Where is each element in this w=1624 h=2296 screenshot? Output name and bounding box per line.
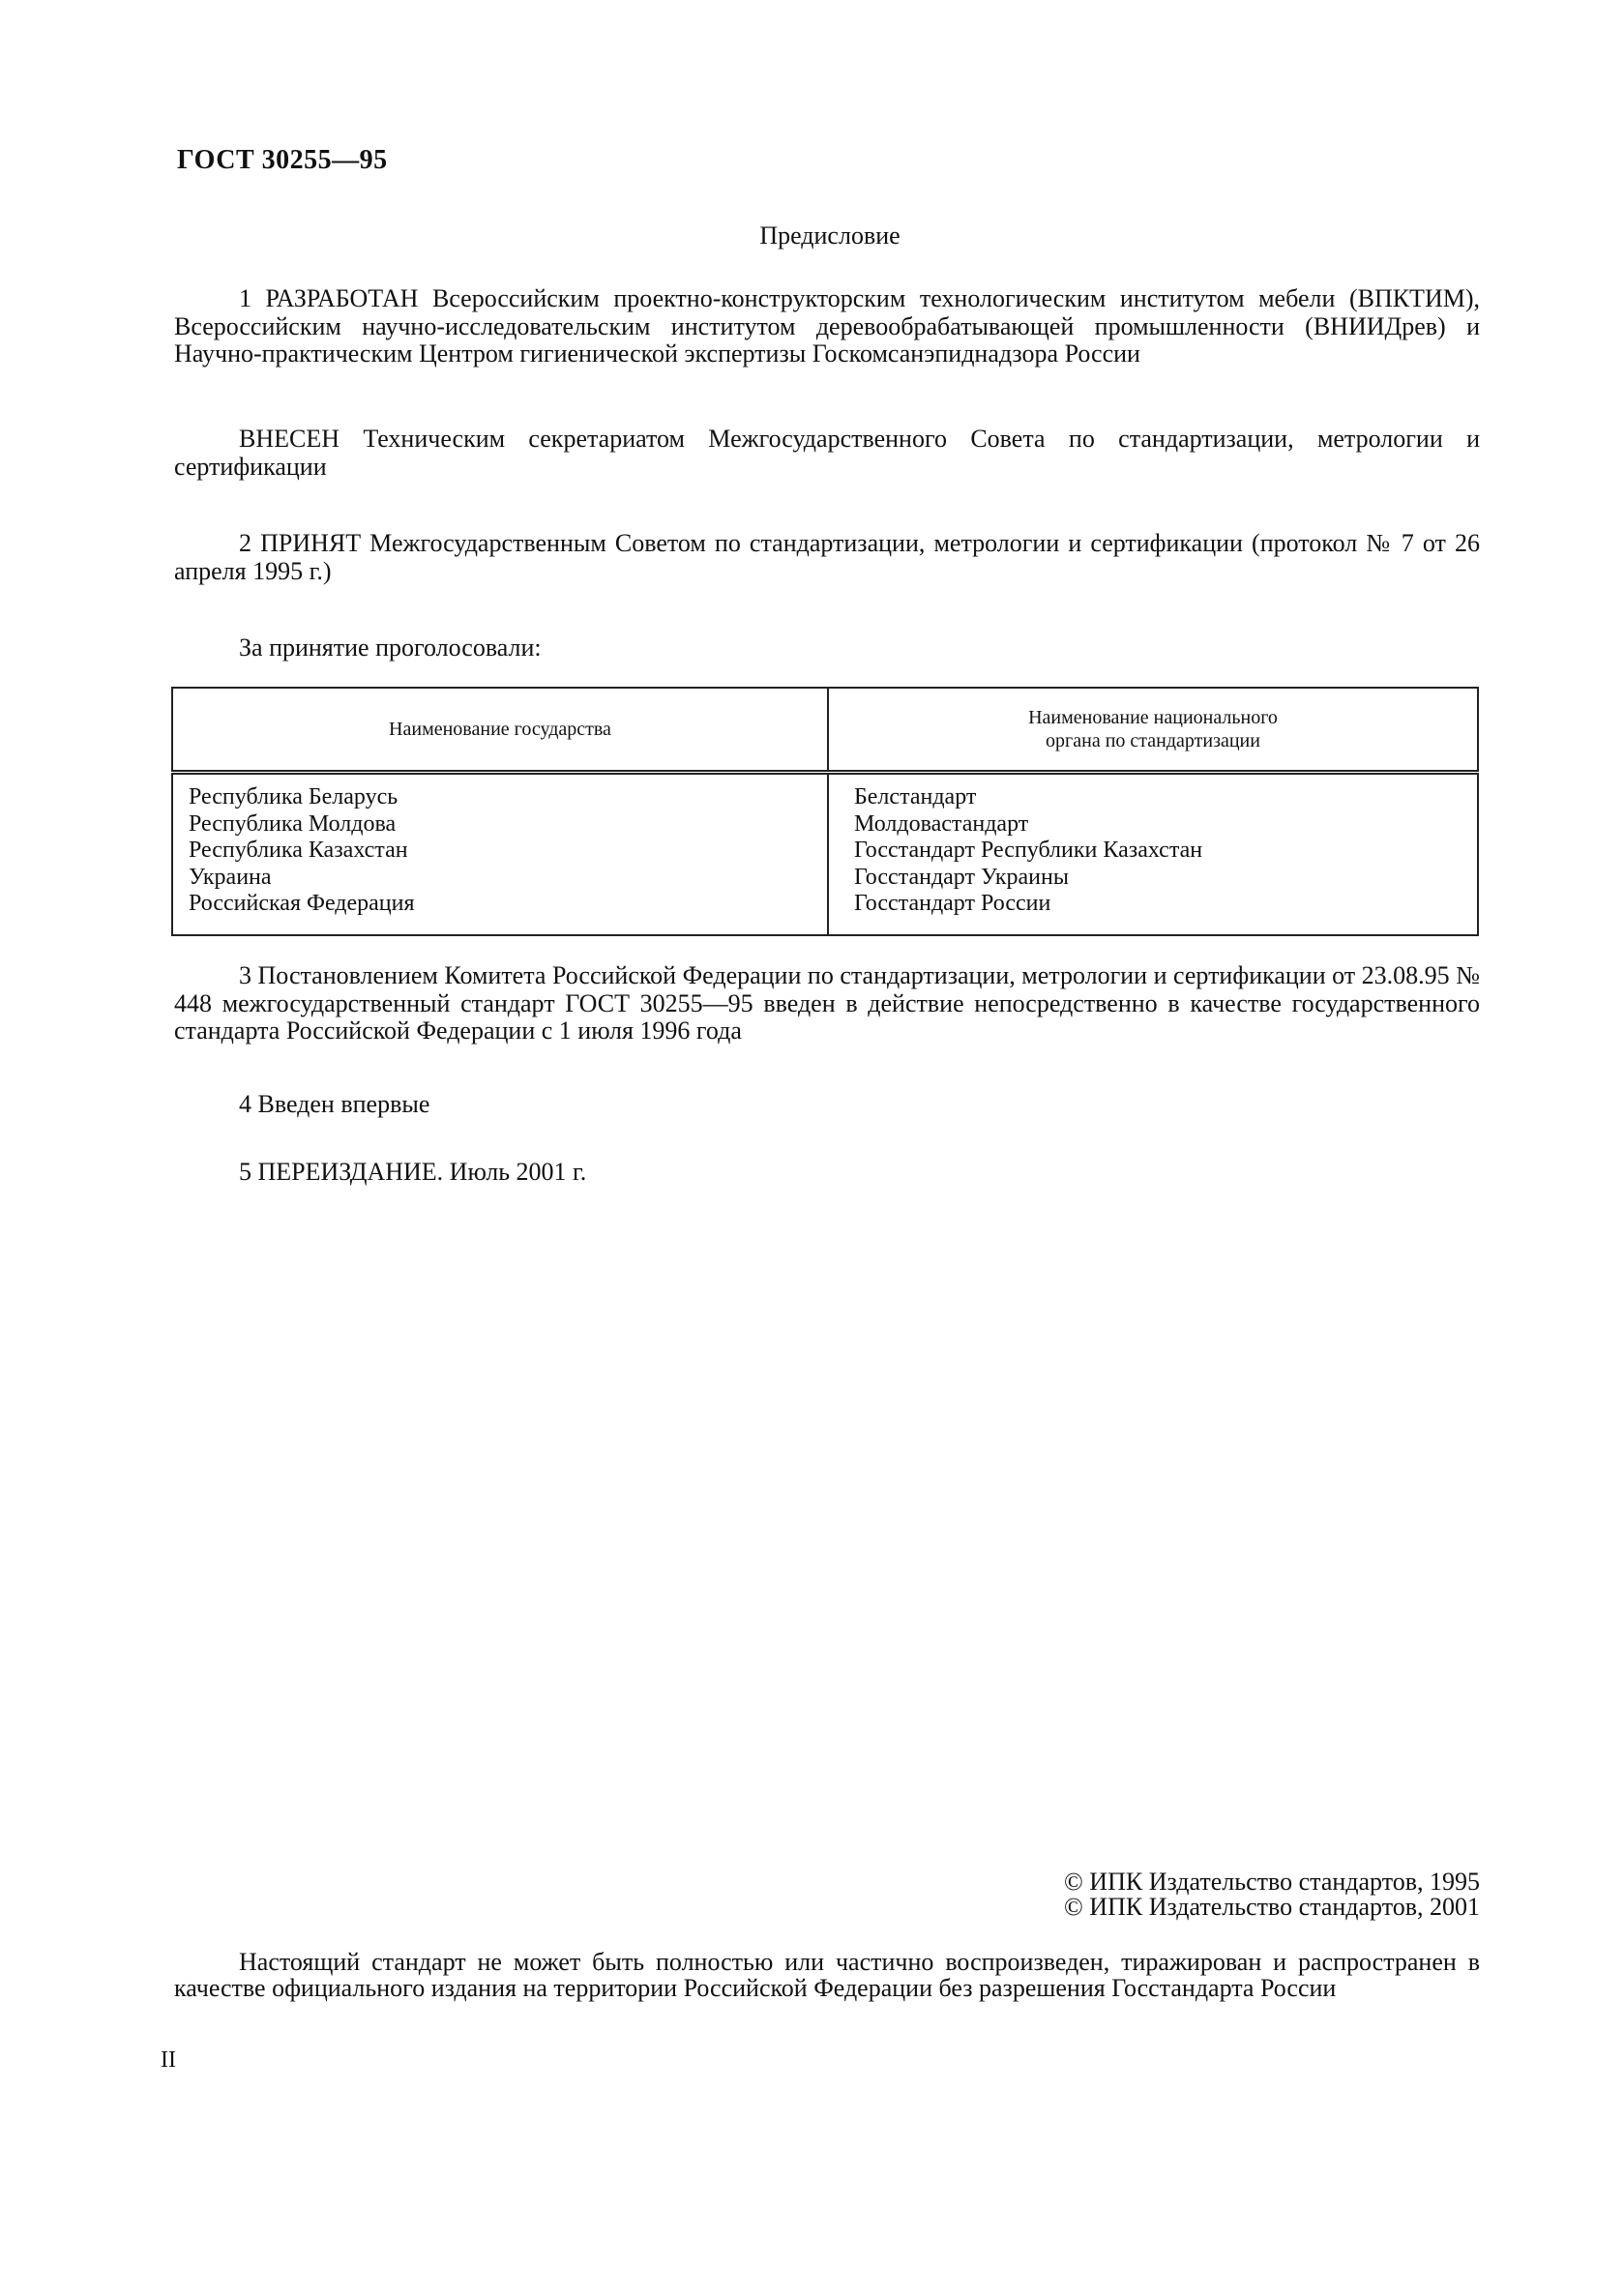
vote-table: Наименование государства Наименование на…	[171, 687, 1479, 936]
paragraph-submitted-text: ВНЕСЕН Техническим секретариатом Межгосу…	[174, 425, 1480, 481]
vote-table-header-row: Наименование государства Наименование на…	[172, 688, 1478, 773]
state-name: Республика Казахстан	[189, 838, 827, 865]
voted-label-text: За принятие проголосовали:	[239, 633, 542, 662]
paragraph-resolution: 3 Постановлением Комитета Российской Фед…	[174, 962, 1480, 1045]
national-body-name: Госстандарт Республики Казахстан	[854, 838, 1477, 865]
paragraph-introduced: 4 Введен впервые	[174, 1091, 1480, 1119]
column-header-national-body: Наименование национального органа по ста…	[828, 688, 1478, 773]
national-bodies-cell: Белстандарт Молдовастандарт Госстандарт …	[828, 773, 1478, 936]
state-name: Республика Беларусь	[189, 784, 827, 811]
paragraph-adopted: 2 ПРИНЯТ Межгосударственным Советом по с…	[174, 530, 1480, 585]
column-header-state-line: Наименование государства	[173, 718, 827, 741]
column-header-state: Наименование государства	[172, 688, 828, 773]
copyright-line-2001: © ИПК Издательство стандартов, 2001	[948, 1895, 1480, 1920]
reproduction-notice: Настоящий стандарт не может быть полност…	[174, 1949, 1480, 2001]
paragraph-developed: 1 РАЗРАБОТАН Всероссийским проектно-конс…	[174, 285, 1480, 368]
paragraph-resolution-text: 3 Постановлением Комитета Российской Фед…	[174, 961, 1480, 1045]
page-number: II	[161, 2047, 176, 2074]
national-body-name: Госстандарт России	[854, 891, 1477, 918]
voted-label: За принятие проголосовали:	[174, 634, 1480, 662]
state-name: Республика Молдова	[189, 811, 827, 839]
reproduction-notice-text: Настоящий стандарт не может быть полност…	[174, 1948, 1480, 2002]
page-title: Предисловие	[0, 221, 1624, 250]
states-cell: Республика Беларусь Республика Молдова Р…	[172, 773, 828, 936]
national-body-name: Молдовастандарт	[854, 811, 1477, 839]
national-body-name: Госстандарт Украины	[854, 865, 1477, 892]
document-code: ГОСТ 30255—95	[177, 145, 388, 176]
paragraph-submitted: ВНЕСЕН Техническим секретариатом Межгосу…	[174, 426, 1480, 481]
copyright-block: © ИПК Издательство стандартов, 1995 © ИП…	[948, 1869, 1480, 1920]
state-name: Украина	[189, 865, 827, 892]
paragraph-reissue-text: 5 ПЕРЕИЗДАНИЕ. Июль 2001 г.	[239, 1158, 586, 1186]
table-row: Республика Беларусь Республика Молдова Р…	[172, 773, 1478, 936]
state-name: Российская Федерация	[189, 891, 827, 918]
column-header-national-body-line-2: органа по стандартизации	[829, 729, 1477, 752]
column-header-national-body-line-1: Наименование национального	[829, 706, 1477, 729]
national-body-name: Белстандарт	[854, 784, 1477, 811]
copyright-line-1995: © ИПК Издательство стандартов, 1995	[948, 1869, 1480, 1895]
paragraph-adopted-text: 2 ПРИНЯТ Межгосударственным Советом по с…	[174, 529, 1480, 585]
paragraph-introduced-text: 4 Введен впервые	[239, 1090, 429, 1118]
paragraph-reissue: 5 ПЕРЕИЗДАНИЕ. Июль 2001 г.	[174, 1159, 1480, 1187]
paragraph-developed-text: 1 РАЗРАБОТАН Всероссийским проектно-конс…	[174, 284, 1480, 368]
